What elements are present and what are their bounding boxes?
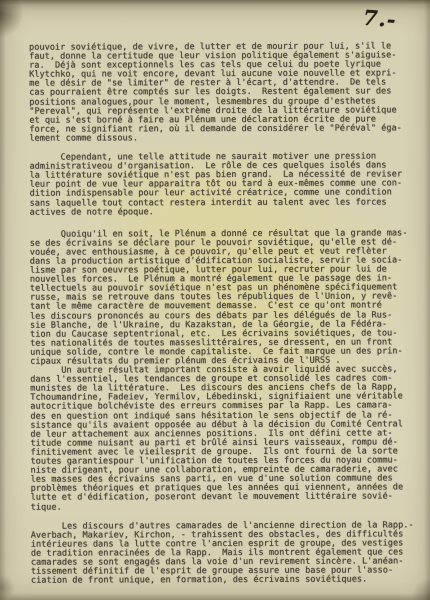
paragraph-les-discours: Les discours d'autres camarades de l'anc… <box>31 521 421 586</box>
handwritten-page-number: 7.- <box>362 5 397 32</box>
document-page: 7.- pouvoir soviétique, de vivre, de lut… <box>0 0 430 600</box>
paragraph-un-autre-resultat: Un autre résultat important consiste à a… <box>30 365 421 512</box>
paragraph-continuation: pouvoir soviétique, de vivre, de lutter … <box>29 42 419 143</box>
paragraph-quoiquil-en-soit: Quoiqu'il en soit, le Plénum a donné ce … <box>30 229 420 367</box>
paragraph-cependant: Cependant, une telle attitude ne saurait… <box>29 152 419 217</box>
typewritten-text-block: pouvoir soviétique, de vivre, de lutter … <box>29 42 421 596</box>
